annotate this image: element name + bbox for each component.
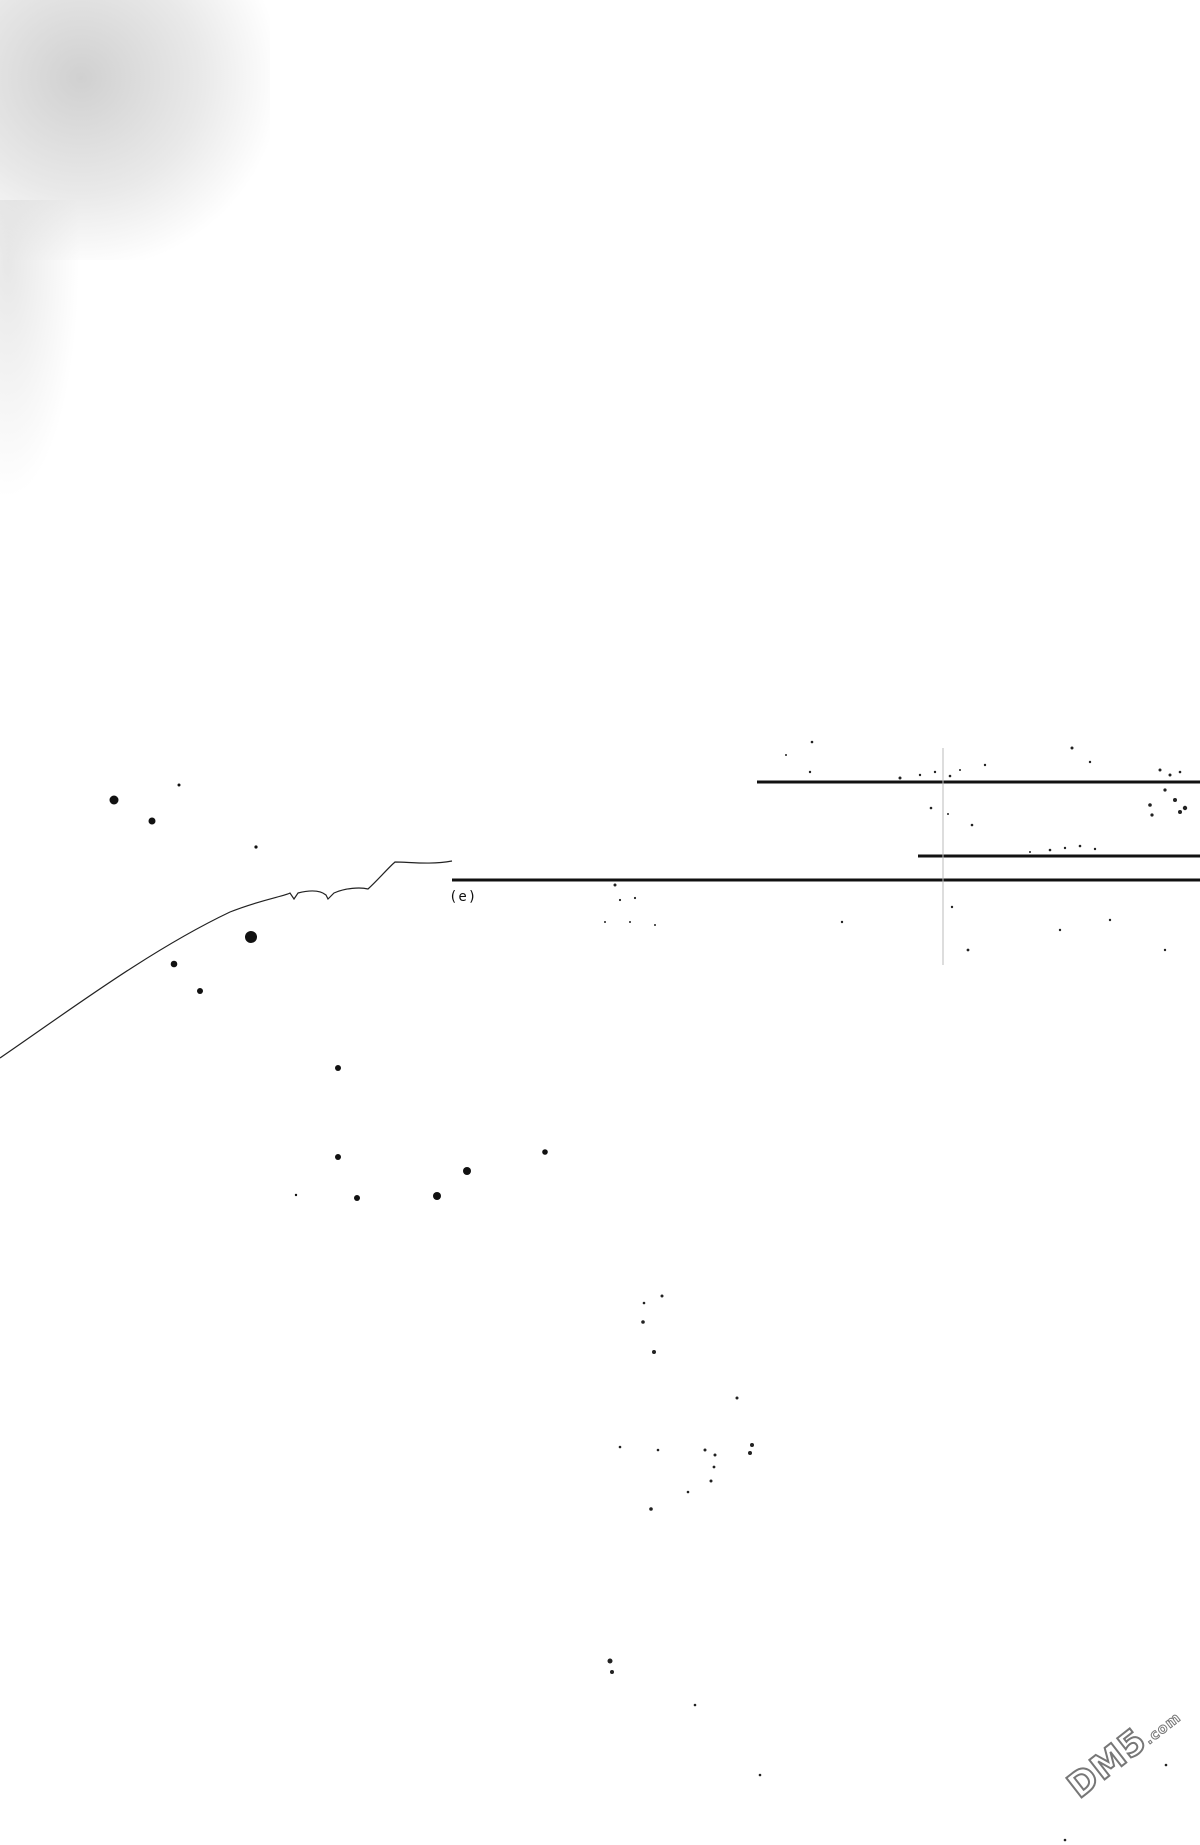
- hill-outline: [0, 861, 452, 1058]
- speckles: [604, 741, 1187, 952]
- ink-dots: [110, 784, 548, 1202]
- annotation-label: (e): [449, 889, 477, 905]
- panel-artwork: [0, 0, 1200, 1845]
